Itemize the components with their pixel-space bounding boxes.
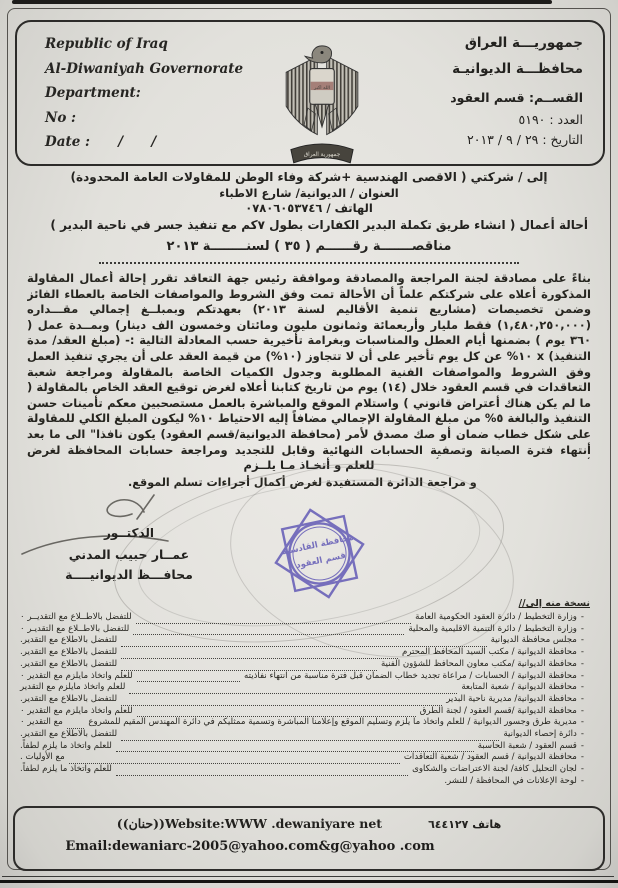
cc-item: -قسم العقود / شعبة الحاسبةللعلم واتخاذ م…: [20, 741, 590, 753]
cc-item: -محافظة الديوانية / الحسابات / مراعاة تج…: [20, 671, 590, 683]
cc-item-dept: محافظة الديوانية / الحسابات / مراعاة تجد…: [244, 671, 577, 683]
cc-item-dot-leader: [137, 676, 240, 682]
svg-text:الله اكبر: الله اكبر: [313, 85, 330, 91]
signatory-position: محافـــظ الديوانيــــة: [40, 567, 218, 582]
phone-line: الهاتف / ٠٧٨٠٦٠٥٣٧٤٦: [0, 201, 618, 215]
cc-item-dash: -: [581, 776, 584, 788]
cc-item-dash: -: [581, 671, 584, 683]
cc-item-dept: محافظة الديوانية /قسم العقود / لجنة الطر…: [420, 706, 577, 718]
cc-item-action: للتفضل بالاطلاع مع التقدير.: [20, 635, 117, 647]
cc-item-action: للتفضل بالاطلاع مع التقدير.: [20, 694, 117, 706]
stamp-text-2: قسم العقود: [295, 551, 347, 571]
signatory-title: الدكتــور: [40, 526, 218, 540]
signatory-name: عمــار حبيب المدني: [40, 547, 218, 562]
cc-item-action: للعلم واتخاذ مايلزم مع التقدير ٠: [20, 706, 133, 718]
cc-item: -وزارة التخطيط / دائرة التنمية الاقليمية…: [20, 624, 590, 636]
cc-item-dept: محافظة الديوانية / مكتب السيد المحافظ ال…: [402, 647, 577, 659]
scan-edge-bottom-thin: [2, 876, 614, 878]
addressee-line: إلى / شركتي ( الاقصى الهندسية +شركة وفاء…: [0, 170, 618, 184]
cc-item-dept: وزارة التخطيط / دائرة العقود الحكومية ال…: [415, 612, 577, 624]
cc-item-dash: -: [581, 729, 584, 741]
cc-item-dept: محافظة الديوانية/ مديرية ناحية البدير: [446, 694, 577, 706]
cc-item-dot-leader: [121, 699, 442, 705]
arabic-date: التاريخ : ٢٩ / ٩ / ٢٠١٣: [450, 130, 583, 150]
cc-item-action: للتفضل بالاطــلاع مع التقديــر ٠: [20, 612, 132, 624]
arabic-department: القســم: قسم العقود: [450, 86, 583, 110]
cc-item: -مجلس محافظة الديوانيةللتفضل بالاطلاع مع…: [20, 635, 590, 647]
cc-item: -مديرية طرق وجسور الديوانية / للعلم واتخ…: [20, 717, 590, 729]
cc-item-dash: -: [581, 682, 584, 694]
closing-note-1: للعلم و أتخـاذ مـا يلــزم: [0, 458, 618, 472]
cc-item-action: مع الأوليات .: [20, 752, 65, 764]
letterhead-box: Republic of Iraq Al-Diwaniyah Governorat…: [15, 20, 605, 166]
arabic-ref-number: العدد : ٥١٩٠: [450, 110, 583, 130]
cc-item-dept: مجلس محافظة الديوانية: [491, 635, 577, 647]
cc-item-action: للتفضل بالاطلاع مع التقدير.: [20, 647, 117, 659]
cc-item-dot-leader: [121, 735, 499, 741]
cc-item-dept: محافظة الديوانية /مكتب معاون المحافظ للش…: [381, 659, 577, 671]
emblem-scroll-text: جمهورية العراق: [304, 152, 341, 158]
cc-item: -محافظة الديوانية /مكتب معاون المحافظ لل…: [20, 659, 590, 671]
subject-line: أحالة أعمال ( انشاء طريق تكملة البدير ال…: [50, 218, 588, 232]
cc-item-dot-leader: [69, 758, 400, 764]
letterhead-arabic: جمهوريـــة العراق محافظـــة الديوانيـة ا…: [450, 30, 583, 150]
cc-item: -محافظة الديوانية / قسم العقود / شعبة ال…: [20, 752, 590, 764]
scan-edge-top: [12, 0, 552, 4]
cc-item-dept: وزارة التخطيط / دائرة التنمية الاقليمية …: [408, 624, 577, 636]
cc-item: -محافظة الديوانية /قسم العقود / لجنة الط…: [20, 706, 590, 718]
cc-item-dept: لجان التحليل كافة/ لجنة الاعتراضات والشك…: [412, 764, 577, 776]
cc-item-action: مع التقدير ٠: [20, 717, 63, 729]
cc-item-dot-leader: [121, 653, 398, 659]
cc-item-action: للعلم واتخاذ ما يلزم لطفاً.: [20, 741, 112, 753]
cc-item-action: للعلم واتخاذ ما يلزم لطفاً.: [20, 764, 112, 776]
cc-item-dash: -: [581, 647, 584, 659]
address-line: العنوان / الديوانية/ شارع الاطباء: [0, 186, 618, 200]
cc-item-dot-leader: [129, 688, 457, 694]
cc-item-dash: -: [581, 717, 584, 729]
cc-item-action: للتفضل بالاطــلاع مع التقديـر ٠: [20, 624, 129, 636]
footer-phone: هاتف ٦٤٤١٢٧: [428, 818, 501, 831]
english-department: Department:: [45, 81, 243, 106]
cc-item-dot-leader: [136, 618, 411, 624]
iraq-eagle-emblem-icon: الله اكبر جمهورية العراق: [279, 44, 365, 180]
arabic-country: جمهوريـــة العراق: [450, 30, 583, 56]
cc-item-dash: -: [581, 706, 584, 718]
cc-item-dash: -: [581, 741, 584, 753]
cc-item: -دائرة إحصاء الديوانيةللتفضل بالاطلاع مع…: [20, 729, 590, 741]
english-date: Date : / /: [45, 130, 243, 155]
scan-edge-bottom: [0, 880, 618, 883]
cc-item-dot-leader: [133, 629, 404, 635]
english-number: No :: [45, 106, 243, 131]
footer-website: ((حنان))Website:WWW .dewaniyare net: [117, 816, 382, 831]
english-governorate: Al-Diwaniyah Governorate: [45, 57, 243, 82]
letter-body: بناءً على مصادقة لجنة المراجعة والمصادقة…: [27, 271, 591, 459]
cc-item-dash: -: [581, 624, 584, 636]
cc-item-dept: قسم العقود / شعبة الحاسبة: [478, 741, 577, 753]
cc-item-dept: محافظة الديوانية / شعبة المتابعة: [461, 682, 577, 694]
cc-item-action: للتفضل بالاطلاع مع التقدير.: [20, 729, 117, 741]
cc-list: -وزارة التخطيط / دائرة العقود الحكومية ا…: [20, 612, 590, 788]
arabic-governorate: محافظـــة الديوانيـة: [450, 56, 583, 82]
cc-item-dash: -: [581, 659, 584, 671]
cc-item-dash: -: [581, 635, 584, 647]
cc-item: -وزارة التخطيط / دائرة العقود الحكومية ا…: [20, 612, 590, 624]
cc-item: -لجان التحليل كافة/ لجنة الاعتراضات والش…: [20, 764, 590, 776]
footer-email: Email:dewaniarc-2005@yahoo.com&g@yahoo .…: [15, 839, 603, 854]
cc-section: نسخة منه إلى// -وزارة التخطيط / دائرة ال…: [20, 598, 590, 788]
cc-item-dash: -: [581, 694, 584, 706]
english-country: Republic of Iraq: [45, 32, 243, 57]
cc-item-dot-leader: [116, 770, 408, 776]
letterhead-english: Republic of Iraq Al-Diwaniyah Governorat…: [45, 32, 243, 155]
cc-item-dept: لوحة الإعلانات في المحافظة / للنشر.: [444, 776, 577, 788]
cc-item-dept: دائرة إحصاء الديوانية: [503, 729, 576, 741]
cc-heading: نسخة منه إلى//: [20, 598, 590, 609]
cc-item-dash: -: [581, 764, 584, 776]
cc-item-action: للعلم واتخاذ مايلزم مع التقدير ٠: [20, 671, 133, 683]
tender-number-line: مناقصـــــــة رقــــــم ( ٣٥ ) لسنــــــ…: [0, 239, 618, 254]
cc-item: -لوحة الإعلانات في المحافظة / للنشر.: [20, 776, 590, 788]
cc-item-dept: محافظة الديوانية / قسم العقود / شعبة الت…: [404, 752, 577, 764]
footer-box: ((حنان))Website:WWW .dewaniyare net هاتف…: [13, 806, 605, 871]
cc-item-dash: -: [581, 612, 584, 624]
cc-item: -محافظة الديوانية / شعبة المتابعةللعلم و…: [20, 682, 590, 694]
cc-item-dash: -: [581, 752, 584, 764]
cc-item-action: للتفضل بالاطلاع مع التقدير.: [20, 659, 117, 671]
cc-item: -محافظة الديوانية / مكتب السيد المحافظ ا…: [20, 647, 590, 659]
cc-item: -محافظة الديوانية/ مديرية ناحية البديرلل…: [20, 694, 590, 706]
cc-item-action: للعلم واتخاذ مايلزم مع التقدير: [20, 682, 125, 694]
dotted-separator: [99, 262, 519, 264]
footer-line-1: ((حنان))Website:WWW .dewaniyare net هاتف…: [15, 816, 603, 831]
cc-item-dept: مديرية طرق وجسور الديوانية / للعلم واتخا…: [88, 717, 577, 729]
signature-block: الدكتــور عمــار حبيب المدني محافـــظ ال…: [40, 526, 218, 582]
